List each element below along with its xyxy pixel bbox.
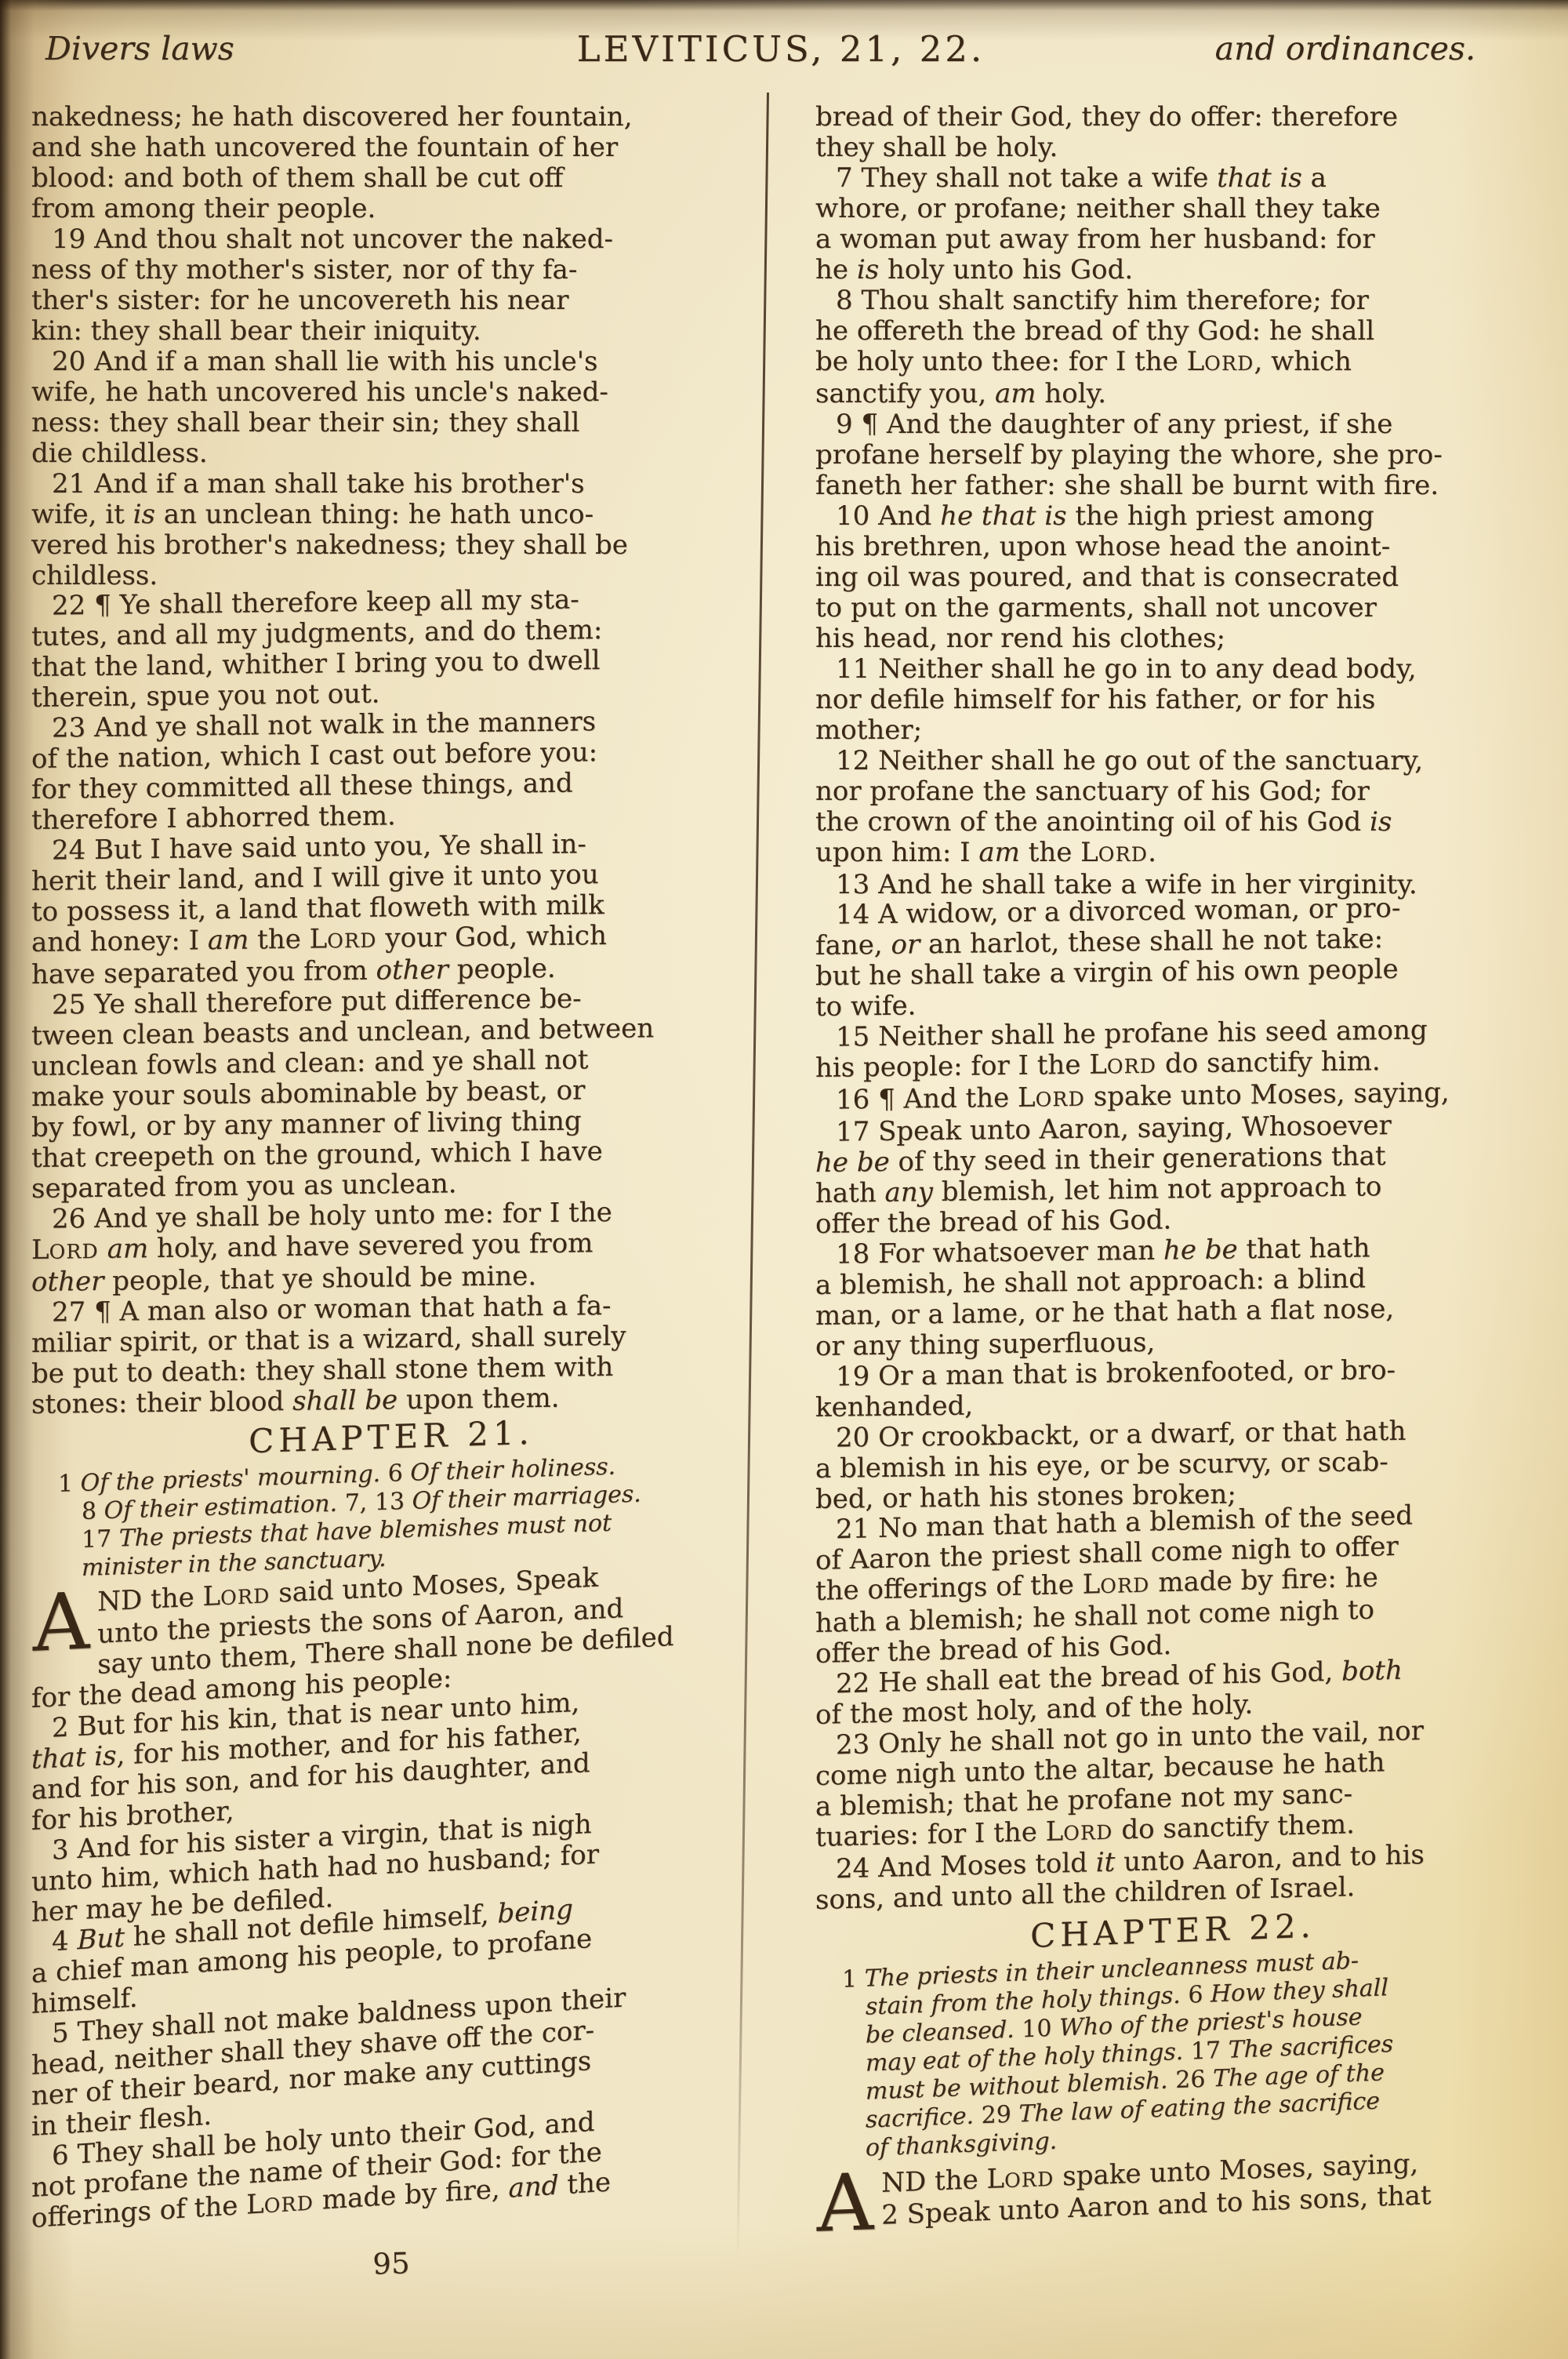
text-columns: nakedness; he hath discovered her founta…: [31, 102, 1530, 2281]
verse-paragraph: 14 A widow, or a divorced woman, or pro-…: [815, 892, 1530, 1023]
drop-cap-letter: A: [815, 2168, 881, 2236]
verse-paragraph: 23 Only he shall not go in unto the vail…: [815, 1714, 1530, 1855]
left-column-text: nakedness; he hath discovered her founta…: [31, 102, 751, 2236]
right-column: bread of their God, they do offer: there…: [815, 102, 1530, 2281]
page-header: Divers laws LEVITICUS, 21, 22. and ordin…: [31, 27, 1530, 75]
verse-paragraph: 22 ¶ Ye shall therefore keep all my sta-…: [31, 583, 751, 714]
verse-paragraph: 19 And thou shalt not uncover the naked-…: [31, 224, 751, 347]
verse-paragraph: 11 Neither shall he go in to any dead bo…: [815, 654, 1530, 746]
verse-paragraph: 24 But I have said unto you, Ye shall in…: [31, 827, 751, 990]
verse-paragraph: 26 And ye shall be holy unto me: for I t…: [31, 1196, 751, 1298]
verse-paragraph: 12 Neither shall he go out of the sanctu…: [815, 746, 1530, 870]
left-column: nakedness; he hath discovered her founta…: [31, 102, 751, 2281]
verse-paragraph: 21 No man that hath a blemish of the see…: [815, 1498, 1530, 1670]
verse-paragraph: 17 Speak unto Aaron, saying, Whosoever h…: [815, 1109, 1530, 1240]
right-column-text: bread of their God, they do offer: there…: [815, 102, 1530, 2234]
chapter-summary: 1 The priests in their uncleanness must …: [815, 1941, 1530, 2165]
verse-paragraph: 25 Ye shall therefore put difference be-…: [31, 982, 751, 1205]
verse-paragraph: 20 And if a man shall lie with his uncle…: [31, 347, 751, 469]
verse-paragraph: 10 And he that is the high priest among …: [815, 501, 1530, 654]
verse-paragraph: 19 Or a man that is brokenfooted, or bro…: [815, 1354, 1530, 1423]
verse-paragraph: 7 They shall not take a wife that is a w…: [815, 163, 1530, 285]
verse-paragraph: 9 ¶ And the daughter of any priest, if s…: [815, 409, 1530, 501]
verse-continuation: nakedness; he hath discovered her founta…: [31, 102, 751, 224]
verse-paragraph: 15 Neither shall he profane his seed amo…: [815, 1014, 1530, 1085]
verse-paragraph: 27 ¶ A man also or woman that hath a fa-…: [31, 1289, 751, 1420]
verse-continuation: bread of their God, they do offer: there…: [815, 102, 1530, 163]
running-head-left: Divers laws: [45, 30, 234, 67]
running-head-right: and ordinances.: [1215, 30, 1475, 67]
drop-cap-letter: A: [31, 1587, 97, 1656]
page-number: 95: [31, 2237, 752, 2290]
verse-paragraph: 18 For whatsoever man he be that hath a …: [815, 1231, 1530, 1362]
verse-paragraph: 21 And if a man shall take his brother's…: [31, 469, 751, 591]
book-page: Divers laws LEVITICUS, 21, 22. and ordin…: [0, 0, 1568, 2359]
verse-paragraph: 8 Thou shalt sanctify him therefore; for…: [815, 285, 1530, 409]
verse-paragraph: 23 And ye shall not walk in the manners …: [31, 705, 751, 836]
